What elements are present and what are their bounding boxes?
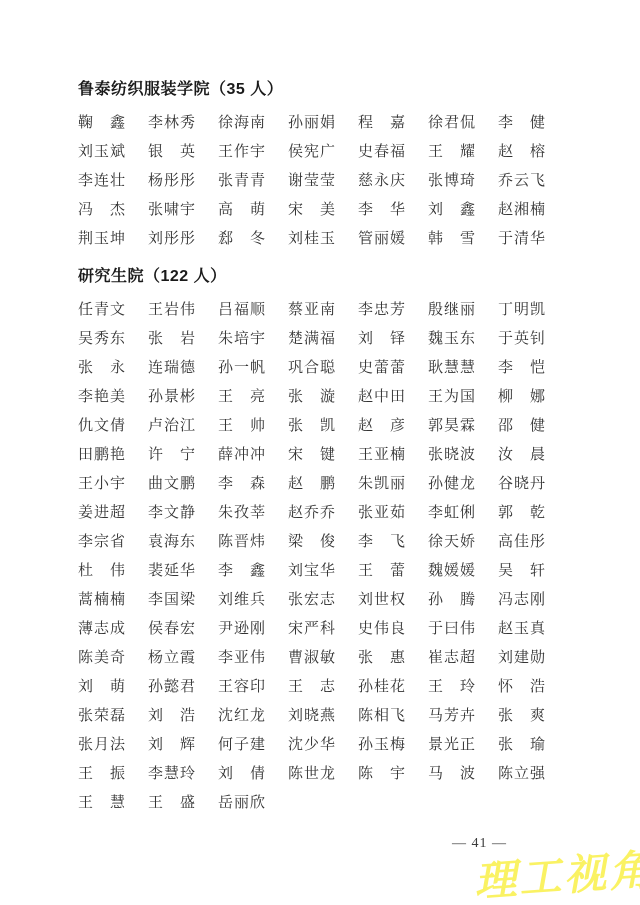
name-cell: 陈美奇 <box>78 644 125 673</box>
name-cell: 张 惠 <box>358 644 405 673</box>
name-cell: 曲文鹏 <box>148 470 195 499</box>
name-cell: 李亚伟 <box>218 644 265 673</box>
name-cell: 巩合聪 <box>288 354 335 383</box>
name-cell: 高佳彤 <box>498 528 545 557</box>
name-cell: 史春福 <box>358 138 405 167</box>
name-cell: 李虹俐 <box>428 499 475 528</box>
name-cell: 王岩伟 <box>148 296 195 325</box>
name-cell: 高 萌 <box>218 196 265 225</box>
name-cell: 吕福顺 <box>218 296 265 325</box>
name-cell: 侯春宏 <box>148 615 195 644</box>
name-cell: 李 鑫 <box>218 557 265 586</box>
name-cell: 王 盛 <box>148 789 195 818</box>
name-cell: 张啸宇 <box>148 196 195 225</box>
name-cell: 朱孜莘 <box>218 499 265 528</box>
name-cell: 袁海东 <box>148 528 195 557</box>
name-cell: 张荣磊 <box>78 702 125 731</box>
name-cell: 张 漩 <box>288 383 335 412</box>
name-cell: 孙健龙 <box>428 470 475 499</box>
name-cell: 孙丽娟 <box>288 109 335 138</box>
name-cell: 李国梁 <box>148 586 195 615</box>
section-title: 研究生院（122 人） <box>78 265 543 289</box>
document-page: 鲁泰纺织服装学院（35 人）鞠 鑫李林秀徐海南孙丽娟程 嘉徐君侃李 健刘玉斌银 … <box>0 0 640 905</box>
name-cell: 徐海南 <box>218 109 265 138</box>
name-cell: 张晓波 <box>428 441 475 470</box>
section: 鲁泰纺织服装学院（35 人）鞠 鑫李林秀徐海南孙丽娟程 嘉徐君侃李 健刘玉斌银 … <box>78 78 543 254</box>
name-cell: 程 嘉 <box>358 109 405 138</box>
name-cell: 王 振 <box>78 760 125 789</box>
name-cell: 荆玉坤 <box>78 225 125 254</box>
name-cell: 李慧玲 <box>148 760 195 789</box>
name-cell: 孙桂花 <box>358 673 405 702</box>
name-cell: 李宗省 <box>78 528 125 557</box>
name-row: 荆玉坤刘彤彤郄 冬刘桂玉管丽媛韩 雪于清华 <box>78 225 543 254</box>
name-cell: 裴延华 <box>148 557 195 586</box>
name-cell: 李 恺 <box>498 354 545 383</box>
name-row: 蒿楠楠李国梁刘维兵张宏志刘世权孙 腾冯志刚 <box>78 586 543 615</box>
name-cell: 张月法 <box>78 731 125 760</box>
name-cell: 王 志 <box>288 673 335 702</box>
name-row: 张月法刘 辉何子建沈少华孙玉梅景光正张 瑜 <box>78 731 543 760</box>
name-row: 薄志成侯春宏尹逊刚宋严科史伟良于曰伟赵玉真 <box>78 615 543 644</box>
name-row: 吴秀东张 岩朱培宇楚满福刘 铎魏玉东于英钊 <box>78 325 543 354</box>
name-cell: 刘晓燕 <box>288 702 335 731</box>
name-cell: 王容印 <box>218 673 265 702</box>
name-cell: 丁明凯 <box>498 296 545 325</box>
name-cell: 张 爽 <box>498 702 545 731</box>
name-row: 刘玉斌银 英王作宇侯宪广史春福王 耀赵 榕 <box>78 138 543 167</box>
name-cell: 朱凯丽 <box>358 470 405 499</box>
name-cell: 崔志超 <box>428 644 475 673</box>
name-cell: 刘宝华 <box>288 557 335 586</box>
name-cell: 梁 俊 <box>288 528 335 557</box>
name-cell: 冯 杰 <box>78 196 125 225</box>
name-cell: 怀 浩 <box>498 673 545 702</box>
name-cell: 田鹏艳 <box>78 441 125 470</box>
name-cell: 刘 辉 <box>148 731 195 760</box>
name-cell: 谢莹莹 <box>288 167 335 196</box>
name-cell: 赵玉真 <box>498 615 545 644</box>
name-cell: 谷晓丹 <box>498 470 545 499</box>
name-cell: 刘 浩 <box>148 702 195 731</box>
name-cell: 杨立霞 <box>148 644 195 673</box>
name-cell: 赵 彦 <box>358 412 405 441</box>
name-cell: 王 耀 <box>428 138 475 167</box>
name-cell: 李连壮 <box>78 167 125 196</box>
name-cell: 杜 伟 <box>78 557 125 586</box>
name-cell: 刘彤彤 <box>148 225 195 254</box>
name-cell: 赵 鹏 <box>288 470 335 499</box>
name-cell: 张 永 <box>78 354 125 383</box>
name-cell: 赵 榕 <box>498 138 545 167</box>
name-cell: 陈世龙 <box>288 760 335 789</box>
name-cell: 吴秀东 <box>78 325 125 354</box>
name-cell: 孙懿君 <box>148 673 195 702</box>
name-cell: 沈少华 <box>288 731 335 760</box>
name-cell: 马芳卉 <box>428 702 475 731</box>
name-cell: 王小宇 <box>78 470 125 499</box>
name-cell: 刘 铎 <box>358 325 405 354</box>
name-cell: 宋严科 <box>288 615 335 644</box>
name-cell: 薛冲冲 <box>218 441 265 470</box>
name-cell: 朱培宇 <box>218 325 265 354</box>
name-row: 张荣磊刘 浩沈红龙刘晓燕陈相飞马芳卉张 爽 <box>78 702 543 731</box>
name-cell: 陈相飞 <box>358 702 405 731</box>
name-cell: 赵乔乔 <box>288 499 335 528</box>
name-row: 鞠 鑫李林秀徐海南孙丽娟程 嘉徐君侃李 健 <box>78 109 543 138</box>
name-cell: 李林秀 <box>148 109 195 138</box>
name-cell: 汝 晨 <box>498 441 545 470</box>
name-cell: 李忠芳 <box>358 296 405 325</box>
name-cell: 银 英 <box>148 138 195 167</box>
name-cell: 岳丽欣 <box>218 789 265 818</box>
name-cell: 邵 健 <box>498 412 545 441</box>
name-cell: 王为国 <box>428 383 475 412</box>
name-row: 王 慧王 盛岳丽欣 <box>78 789 543 818</box>
name-cell: 王亚楠 <box>358 441 405 470</box>
name-row: 李宗省袁海东陈晋炜梁 俊李 飞徐天娇高佳彤 <box>78 528 543 557</box>
name-row: 刘 萌孙懿君王容印王 志孙桂花王 玲怀 浩 <box>78 673 543 702</box>
name-row: 任青文王岩伟吕福顺蔡亚南李忠芳殷继丽丁明凯 <box>78 296 543 325</box>
name-cell: 宋 键 <box>288 441 335 470</box>
name-cell: 史蕾蕾 <box>358 354 405 383</box>
name-cell: 李艳美 <box>78 383 125 412</box>
name-cell: 刘 鑫 <box>428 196 475 225</box>
name-cell: 魏媛媛 <box>428 557 475 586</box>
name-cell: 吴 轩 <box>498 557 545 586</box>
name-cell: 耿慧慧 <box>428 354 475 383</box>
name-cell: 管丽媛 <box>358 225 405 254</box>
name-cell: 史伟良 <box>358 615 405 644</box>
name-row: 王 振李慧玲刘 倩陈世龙陈 宇马 波陈立强 <box>78 760 543 789</box>
name-cell: 赵湘楠 <box>498 196 545 225</box>
name-row: 杜 伟裴延华李 鑫刘宝华王 蕾魏媛媛吴 轩 <box>78 557 543 586</box>
name-cell: 任青文 <box>78 296 125 325</box>
name-cell: 何子建 <box>218 731 265 760</box>
name-cell: 沈红龙 <box>218 702 265 731</box>
name-cell: 韩 雪 <box>428 225 475 254</box>
name-row: 张 永连瑞德孙一帆巩合聪史蕾蕾耿慧慧李 恺 <box>78 354 543 383</box>
sections: 鲁泰纺织服装学院（35 人）鞠 鑫李林秀徐海南孙丽娟程 嘉徐君侃李 健刘玉斌银 … <box>78 78 543 818</box>
name-cell: 鞠 鑫 <box>78 109 125 138</box>
name-cell: 乔云飞 <box>498 167 545 196</box>
name-cell: 刘建勋 <box>498 644 545 673</box>
name-cell: 许 宁 <box>148 441 195 470</box>
name-cell: 姜进超 <box>78 499 125 528</box>
name-cell: 柳 娜 <box>498 383 545 412</box>
name-cell: 张 瑜 <box>498 731 545 760</box>
name-cell: 赵中田 <box>358 383 405 412</box>
name-cell: 李 飞 <box>358 528 405 557</box>
name-cell: 殷继丽 <box>428 296 475 325</box>
name-cell: 王 玲 <box>428 673 475 702</box>
name-cell: 连瑞德 <box>148 354 195 383</box>
name-cell: 尹逊刚 <box>218 615 265 644</box>
name-cell: 慈永庆 <box>358 167 405 196</box>
name-row: 李连壮杨彤彤张青青谢莹莹慈永庆张博琦乔云飞 <box>78 167 543 196</box>
name-cell: 蒿楠楠 <box>78 586 125 615</box>
name-cell: 仇文倩 <box>78 412 125 441</box>
name-row: 姜进超李文静朱孜莘赵乔乔张亚茹李虹俐郭 乾 <box>78 499 543 528</box>
name-cell: 薄志成 <box>78 615 125 644</box>
name-cell: 刘 倩 <box>218 760 265 789</box>
name-cell: 王作宇 <box>218 138 265 167</box>
name-cell: 宋 美 <box>288 196 335 225</box>
name-cell: 李 健 <box>498 109 545 138</box>
name-cell: 孙一帆 <box>218 354 265 383</box>
name-cell: 卢治江 <box>148 412 195 441</box>
name-cell: 杨彤彤 <box>148 167 195 196</box>
section-title: 鲁泰纺织服装学院（35 人） <box>78 78 543 102</box>
name-cell: 张 凯 <box>288 412 335 441</box>
name-cell: 王 蕾 <box>358 557 405 586</box>
name-cell: 陈 宇 <box>358 760 405 789</box>
name-row: 田鹏艳许 宁薛冲冲宋 键王亚楠张晓波汝 晨 <box>78 441 543 470</box>
name-cell: 于英钊 <box>498 325 545 354</box>
page-number: — 41 — <box>452 836 507 852</box>
name-cell: 郭昊霖 <box>428 412 475 441</box>
section: 研究生院（122 人）任青文王岩伟吕福顺蔡亚南李忠芳殷继丽丁明凯吴秀东张 岩朱培… <box>78 265 543 818</box>
name-cell: 王 慧 <box>78 789 125 818</box>
name-cell: 马 波 <box>428 760 475 789</box>
name-cell: 王 亮 <box>218 383 265 412</box>
name-cell: 郭 乾 <box>498 499 545 528</box>
name-cell: 李文静 <box>148 499 195 528</box>
name-cell: 刘玉斌 <box>78 138 125 167</box>
name-cell: 魏玉东 <box>428 325 475 354</box>
name-cell: 曹淑敏 <box>288 644 335 673</box>
name-cell: 孙景彬 <box>148 383 195 412</box>
name-cell: 于曰伟 <box>428 615 475 644</box>
name-cell: 楚满福 <box>288 325 335 354</box>
name-cell: 冯志刚 <box>498 586 545 615</box>
name-cell: 刘 萌 <box>78 673 125 702</box>
name-cell: 刘桂玉 <box>288 225 335 254</box>
name-cell: 李 华 <box>358 196 405 225</box>
name-cell: 景光正 <box>428 731 475 760</box>
name-cell: 孙 腾 <box>428 586 475 615</box>
name-row: 仇文倩卢治江王 帅张 凯赵 彦郭昊霖邵 健 <box>78 412 543 441</box>
name-row: 李艳美孙景彬王 亮张 漩赵中田王为国柳 娜 <box>78 383 543 412</box>
name-cell: 陈晋炜 <box>218 528 265 557</box>
name-row: 冯 杰张啸宇高 萌宋 美李 华刘 鑫赵湘楠 <box>78 196 543 225</box>
name-row: 陈美奇杨立霞李亚伟曹淑敏张 惠崔志超刘建勋 <box>78 644 543 673</box>
watermark-logo: 理工视角 <box>473 846 640 905</box>
name-cell: 张宏志 <box>288 586 335 615</box>
name-cell: 郄 冬 <box>218 225 265 254</box>
name-cell: 张亚茹 <box>358 499 405 528</box>
name-cell: 蔡亚南 <box>288 296 335 325</box>
name-cell: 陈立强 <box>498 760 545 789</box>
name-cell: 张青青 <box>218 167 265 196</box>
name-cell: 刘维兵 <box>218 586 265 615</box>
name-cell: 徐天娇 <box>428 528 475 557</box>
name-cell: 侯宪广 <box>288 138 335 167</box>
name-cell: 孙玉梅 <box>358 731 405 760</box>
name-cell: 于清华 <box>498 225 545 254</box>
name-cell: 刘世权 <box>358 586 405 615</box>
name-cell: 王 帅 <box>218 412 265 441</box>
name-cell: 李 森 <box>218 470 265 499</box>
name-row: 王小宇曲文鹏李 森赵 鹏朱凯丽孙健龙谷晓丹 <box>78 470 543 499</box>
name-cell: 张博琦 <box>428 167 475 196</box>
name-cell: 张 岩 <box>148 325 195 354</box>
name-cell: 徐君侃 <box>428 109 475 138</box>
